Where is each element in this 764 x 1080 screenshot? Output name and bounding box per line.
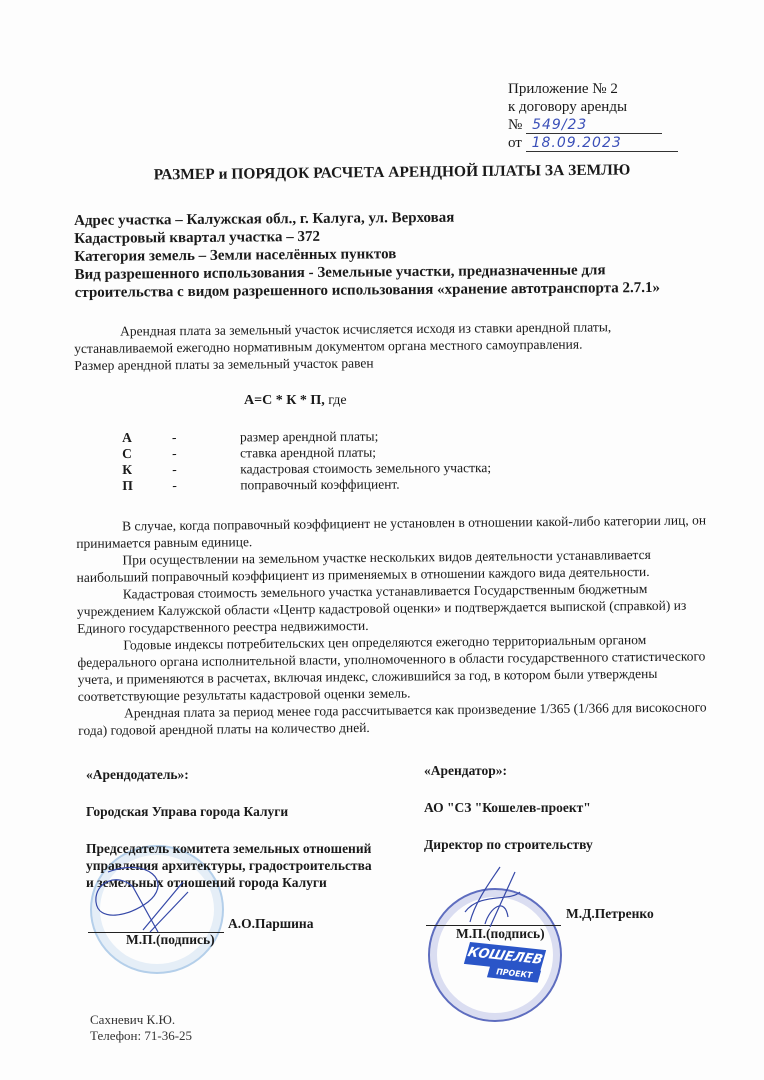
- paragraph-price-indices: Годовые индексы потребительских цен опре…: [77, 630, 718, 705]
- formula: А=С * К * П, где: [244, 393, 347, 409]
- lessor-org: Городская Управа города Калуги: [86, 803, 372, 820]
- lessor-signer-name: А.О.Паршина: [228, 916, 313, 932]
- formula-tail: где: [325, 393, 347, 408]
- lessor-signature: [88, 862, 198, 937]
- legend-dash: -: [172, 429, 240, 445]
- legend-description: кадастровая стоимость земельного участка…: [240, 460, 491, 477]
- document-title: РАЗМЕР и ПОРЯДОК РАСЧЕТА АРЕНДНОЙ ПЛАТЫ …: [0, 160, 764, 186]
- lessee-signature: [460, 862, 540, 932]
- contract-date-value: 18.09.2023: [526, 135, 678, 152]
- number-label: №: [508, 117, 522, 133]
- paragraph-cadastral-value: Кадастровая стоимость земельного участка…: [77, 579, 717, 637]
- legend-description: размер арендной платы;: [240, 429, 378, 446]
- legend-description: ставка арендной платы;: [240, 445, 376, 462]
- date-label: от: [508, 135, 522, 151]
- body-paragraphs: В случае, когда поправочный коэффициент …: [76, 511, 718, 739]
- intro-paragraph: Арендная плата за земельный участок исчи…: [74, 318, 704, 374]
- legend-row: П - поправочный коэффициент.: [122, 476, 491, 494]
- lessee-role: «Арендатор»:: [424, 762, 593, 779]
- plot-permitted-use-2: строительства с видом разрешенного испол…: [75, 279, 660, 302]
- formula-legend: А - размер арендной платы; С - ставка ар…: [122, 428, 491, 494]
- lessor-role: «Арендодатель»:: [86, 766, 372, 783]
- legend-dash: -: [172, 461, 240, 477]
- appendix-header: Приложение № 2 к договору аренды № 549/2…: [508, 80, 678, 152]
- appendix-title: Приложение № 2: [508, 80, 678, 98]
- contact-info: Сахневич К.Ю. Телефон: 71-36-25: [90, 1012, 192, 1044]
- legend-row: К - кадастровая стоимость земельного уча…: [122, 460, 491, 478]
- legend-symbol: П: [122, 478, 172, 494]
- legend-dash: -: [172, 477, 240, 493]
- legend-description: поправочный коэффициент.: [240, 477, 399, 494]
- lessee-position: Директор по строительству: [424, 836, 593, 853]
- appendix-contract-ref: к договору аренды: [508, 98, 678, 116]
- contract-date-row: от 18.09.2023: [508, 134, 678, 152]
- lessor-position-1: Председатель комитета земельных отношени…: [86, 840, 372, 857]
- paragraph-partial-period: Арендная плата за период менее года расс…: [78, 698, 718, 739]
- legend-row: А - размер арендной платы;: [122, 428, 491, 446]
- formula-expression: А=С * К * П,: [244, 393, 325, 408]
- legend-symbol: К: [122, 462, 172, 478]
- lessee-block: «Арендатор»: АО "СЗ "Кошелев-проект" Дир…: [424, 762, 593, 853]
- legend-symbol: С: [122, 446, 172, 462]
- legend-row: С - ставка арендной платы;: [122, 444, 491, 462]
- lessee-org: АО "СЗ "Кошелев-проект": [424, 799, 593, 816]
- contact-phone: Телефон: 71-36-25: [90, 1028, 192, 1044]
- legend-symbol: А: [122, 430, 172, 446]
- contact-name: Сахневич К.Ю.: [90, 1012, 192, 1028]
- lessee-signer-name: М.Д.Петренко: [566, 906, 654, 922]
- contract-number-row: № 549/23: [508, 116, 678, 134]
- contract-number-value: 549/23: [526, 117, 662, 134]
- plot-info: Адрес участка – Калужская обл., г. Калуг…: [74, 207, 660, 302]
- legend-dash: -: [172, 445, 240, 461]
